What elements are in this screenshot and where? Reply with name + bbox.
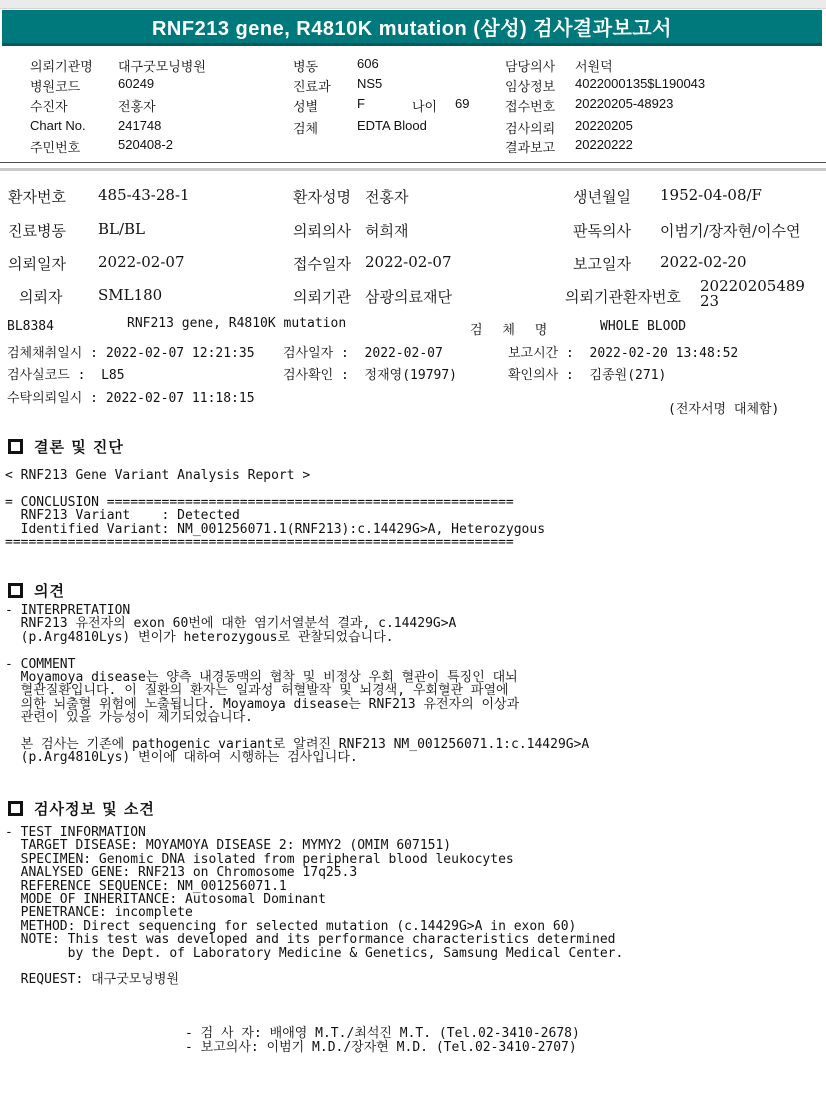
- field-value-test-requested: 20220205: [575, 118, 633, 133]
- patient-value-interpreting-doctor: 이범기/장자현/이수연: [660, 220, 801, 241]
- field-label-test-requested: 검사의뢰: [505, 118, 555, 137]
- field-label-department: 진료과: [293, 76, 331, 95]
- field-label-ward: 병동: [293, 56, 318, 75]
- field-label-clinical-info: 임상정보: [505, 76, 555, 95]
- field-value-specimen-type: EDTA Blood: [357, 118, 427, 133]
- verified-by: 검사확인 : 정재영(19797): [283, 364, 457, 383]
- confirm-doctor: 확인의사 : 김종원(271): [508, 364, 666, 383]
- report-title: RNF213 gene, R4810K mutation (삼성) 검사결과보고…: [152, 12, 672, 41]
- section-heading-test-info: 검사정보 및 소견: [8, 798, 155, 819]
- patient-label-name: 환자성명: [293, 186, 351, 207]
- patient-value-birthdate: 1952-04-08/F: [660, 186, 762, 204]
- conclusion-text: < RNF213 Gene Variant Analysis Report > …: [5, 469, 545, 549]
- patient-label-requester: 의뢰자: [19, 286, 62, 307]
- patient-label-interpreting-doctor: 판독의사: [573, 220, 631, 241]
- field-value-chart-no: 241748: [118, 118, 161, 133]
- patient-label-receipt-date: 접수일자: [293, 253, 351, 274]
- field-label-chart-no: Chart No.: [30, 118, 86, 133]
- window-top-strip: [0, 0, 826, 9]
- patient-label-request-date: 의뢰일자: [8, 253, 66, 274]
- field-value-examinee: 전홍자: [118, 96, 156, 115]
- field-value-result-reported: 20220222: [575, 137, 633, 152]
- referral-datetime: 수탁의뢰일시 : 2022-02-07 11:18:15: [7, 387, 255, 406]
- field-label-hospital-code: 병원코드: [30, 76, 80, 95]
- section-heading-conclusion-label: 결론 및 진단: [34, 436, 124, 457]
- report-page: RNF213 gene, R4810K mutation (삼성) 검사결과보고…: [0, 0, 826, 1108]
- esign-note: (전자서명 대체함): [668, 398, 779, 417]
- specimen-name-value: WHOLE BLOOD: [600, 319, 686, 334]
- patient-label-ward: 진료병동: [8, 220, 66, 241]
- patient-value-receipt-date: 2022-02-07: [365, 253, 451, 271]
- test-code: BL8384: [7, 319, 54, 334]
- report-title-banner: RNF213 gene, R4810K mutation (삼성) 검사결과보고…: [2, 10, 822, 46]
- section-heading-opinion-label: 의견: [34, 580, 65, 601]
- patient-label-org-patient-no: 의뢰기관환자번호: [565, 286, 681, 307]
- opinion-text: - INTERPRETATION RNF213 유전자의 exon 60번에 대…: [5, 604, 589, 765]
- field-value-hospital-code: 60249: [118, 76, 154, 91]
- test-name: RNF213 gene, R4810K mutation: [127, 316, 346, 331]
- field-value-sex: F: [357, 96, 365, 111]
- field-value-department: NS5: [357, 76, 382, 91]
- field-value-requesting-org: 대구굿모닝병원: [118, 56, 206, 75]
- patient-value-requester: SML180: [98, 286, 162, 304]
- section-heading-test-info-label: 검사정보 및 소견: [34, 798, 155, 819]
- section-bullet-icon: [8, 583, 23, 598]
- patient-label-birthdate: 생년월일: [573, 186, 631, 207]
- field-label-accession-no: 접수번호: [505, 96, 555, 115]
- report-time: 보고시간 : 2022-02-20 13:48:52: [508, 342, 738, 361]
- field-value-resident-no: 520408-2: [118, 137, 173, 152]
- patient-label-id: 환자번호: [8, 186, 66, 207]
- patient-value-report-date: 2022-02-20: [660, 253, 746, 271]
- patient-value-referring-doctor: 허희재: [365, 220, 408, 241]
- field-label-age: 나이: [412, 96, 437, 115]
- section-bullet-icon: [8, 439, 23, 454]
- patient-label-report-date: 보고일자: [573, 253, 631, 274]
- divider-thick: [0, 168, 826, 171]
- field-value-accession-no: 20220205-48923: [575, 96, 673, 111]
- field-value-age: 69: [455, 96, 469, 111]
- patient-value-ward: BL/BL: [98, 220, 145, 238]
- section-heading-conclusion: 결론 및 진단: [8, 436, 124, 457]
- field-label-attending-doctor: 담당의사: [505, 56, 555, 75]
- patient-label-referring-doctor: 의뢰의사: [293, 220, 351, 241]
- patient-value-requesting-org: 삼광의료재단: [365, 286, 452, 307]
- section-heading-opinion: 의견: [8, 580, 65, 601]
- patient-value-name: 전홍자: [365, 186, 408, 207]
- section-bullet-icon: [8, 801, 23, 816]
- patient-value-id: 485-43-28-1: [98, 186, 190, 204]
- test-info-text: - TEST INFORMATION TARGET DISEASE: MOYAM…: [5, 826, 623, 1054]
- field-label-requesting-org: 의뢰기관명: [30, 56, 93, 75]
- specimen-name-label: 검 체 명: [470, 319, 553, 338]
- lab-code: 검사실코드 : L85: [7, 364, 125, 383]
- field-label-result-reported: 결과보고: [505, 137, 555, 156]
- field-label-examinee: 수진자: [30, 96, 68, 115]
- field-label-resident-no: 주민번호: [30, 137, 80, 156]
- field-label-sex: 성별: [293, 96, 318, 115]
- patient-value-org-patient-no: 2022020548923: [700, 279, 808, 309]
- test-date: 검사일자 : 2022-02-07: [283, 342, 443, 361]
- field-label-specimen-type: 검체: [293, 118, 318, 137]
- patient-value-request-date: 2022-02-07: [98, 253, 184, 271]
- field-value-clinical-info: 4022000135$L190043: [575, 76, 705, 91]
- field-value-ward: 606: [357, 56, 379, 71]
- field-value-attending-doctor: 서원덕: [575, 56, 613, 75]
- patient-label-requesting-org: 의뢰기관: [293, 286, 351, 307]
- collected-datetime: 검체채취일시 : 2022-02-07 12:21:35: [7, 342, 255, 361]
- divider-thin: [0, 162, 826, 163]
